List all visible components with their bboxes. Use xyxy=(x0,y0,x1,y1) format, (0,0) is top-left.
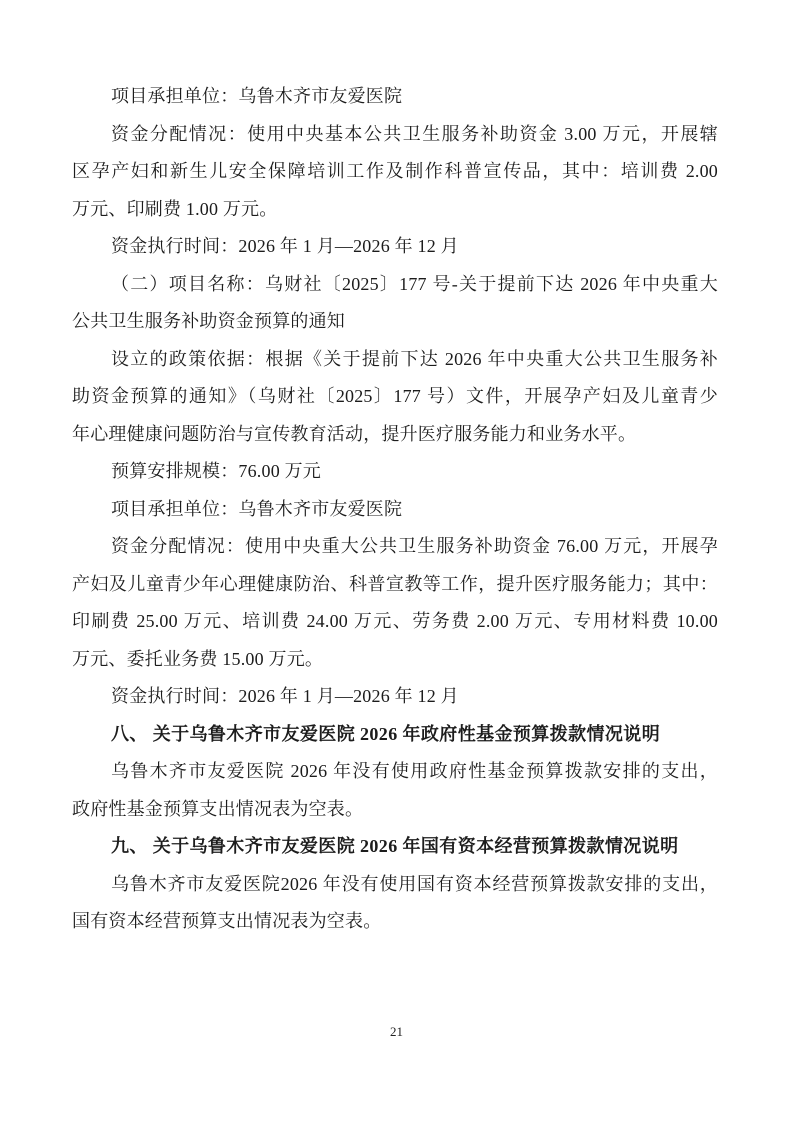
text-line: 政府性基金预算支出情况表为空表。 xyxy=(72,791,718,829)
text-line: 印刷费 25.00 万元、培训费 24.00 万元、劳务费 2.00 万元、专用… xyxy=(72,603,718,641)
text-line: 资金执行时间：2026 年 1 月—2026 年 12 月 xyxy=(72,228,718,266)
text-line: 万元、委托业务费 15.00 万元。 xyxy=(72,641,718,679)
document-body: 项目承担单位：乌鲁木齐市友爱医院 资金分配情况：使用中央基本公共卫生服务补助资金… xyxy=(72,78,718,941)
text-line: 预算安排规模：76.00 万元 xyxy=(72,453,718,491)
text-line: 产妇及儿童青少年心理健康防治、科普宣教等工作，提升医疗服务能力；其中： xyxy=(72,566,718,604)
text-line: 乌鲁木齐市友爱医院 2026 年没有使用政府性基金预算拨款安排的支出， xyxy=(72,753,718,791)
text-line: 资金分配情况：使用中央基本公共卫生服务补助资金 3.00 万元，开展辖 xyxy=(72,116,718,154)
text-line: 资金分配情况：使用中央重大公共卫生服务补助资金 76.00 万元，开展孕 xyxy=(72,528,718,566)
section-heading-9: 九、 关于乌鲁木齐市友爱医院 2026 年国有资本经营预算拨款情况说明 xyxy=(72,828,718,866)
section-heading-8: 八、 关于乌鲁木齐市友爱医院 2026 年政府性基金预算拨款情况说明 xyxy=(72,716,718,754)
text-line: 国有资本经营预算支出情况表为空表。 xyxy=(72,903,718,941)
text-line: 乌鲁木齐市友爱医院2026 年没有使用国有资本经营预算拨款安排的支出， xyxy=(72,866,718,904)
text-line: 万元、印刷费 1.00 万元。 xyxy=(72,191,718,229)
text-line: 项目承担单位：乌鲁木齐市友爱医院 xyxy=(72,78,718,116)
text-line: （二）项目名称：乌财社〔2025〕177 号-关于提前下达 2026 年中央重大 xyxy=(72,266,718,304)
text-line: 设立的政策依据：根据《关于提前下达 2026 年中央重大公共卫生服务补 xyxy=(72,341,718,379)
text-line: 公共卫生服务补助资金预算的通知 xyxy=(72,303,718,341)
text-line: 资金执行时间：2026 年 1 月—2026 年 12 月 xyxy=(72,678,718,716)
text-line: 区孕产妇和新生儿安全保障培训工作及制作科普宣传品，其中：培训费 2.00 xyxy=(72,153,718,191)
text-line: 项目承担单位：乌鲁木齐市友爱医院 xyxy=(72,491,718,529)
text-line: 年心理健康问题防治与宣传教育活动，提升医疗服务能力和业务水平。 xyxy=(72,416,718,454)
document-page: 项目承担单位：乌鲁木齐市友爱医院 资金分配情况：使用中央基本公共卫生服务补助资金… xyxy=(0,0,793,1122)
page-number: 21 xyxy=(0,1024,793,1040)
text-line: 助资金预算的通知》（乌财社〔2025〕177 号）文件，开展孕产妇及儿童青少 xyxy=(72,378,718,416)
